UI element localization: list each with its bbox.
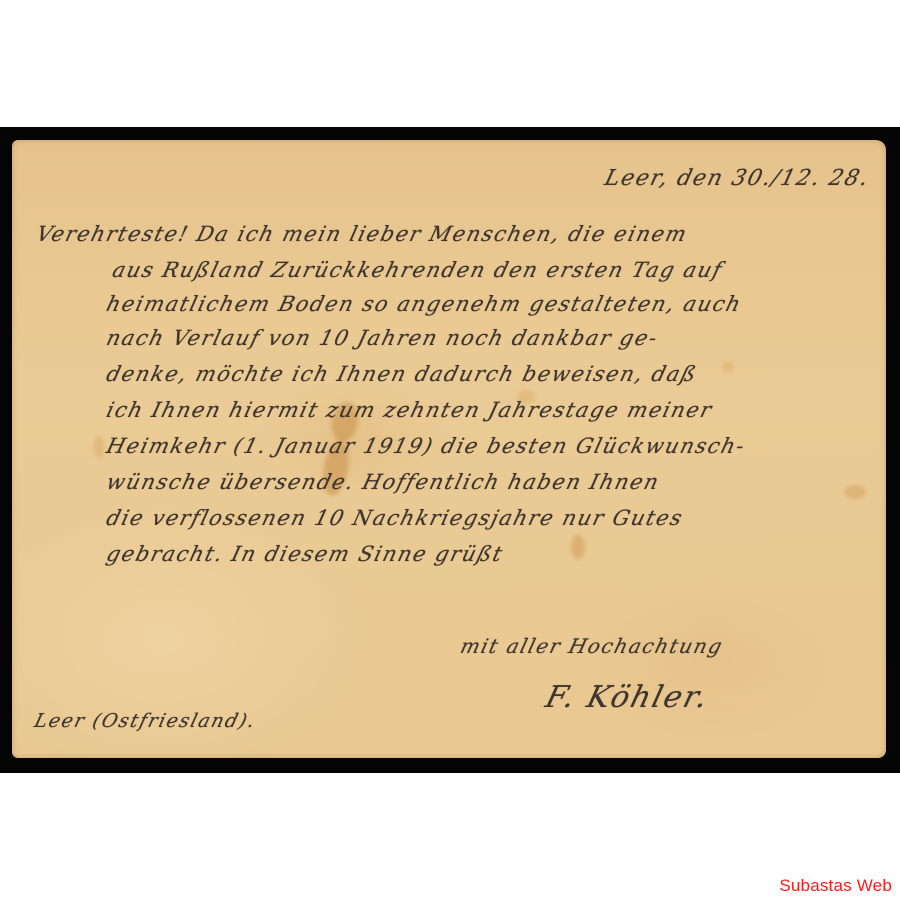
body-line: heimatlichem Boden so angenehm gestaltet… <box>104 292 745 316</box>
stain-mark <box>571 535 585 559</box>
stain-mark <box>94 436 104 458</box>
body-line: wünsche übersende. Hoffentlich haben Ihn… <box>104 470 662 494</box>
body-line: aus Rußland Zurückkehrenden den ersten T… <box>110 258 725 282</box>
postcard: Leer, den 30./12. 28. Verehrteste! Da ic… <box>12 140 886 758</box>
body-line: nach Verlauf von 10 Jahren noch dankbar … <box>104 326 661 350</box>
closing-line: mit aller Hochachtung <box>458 634 726 658</box>
stain-mark <box>722 362 734 372</box>
watermark-text: Subastas Web <box>779 876 892 896</box>
signature: F. Köhler. <box>542 680 713 715</box>
stain-mark <box>844 485 866 499</box>
body-line: Heimkehr (1. Januar 1919) die besten Glü… <box>104 434 748 458</box>
sender-place: Leer (Ostfriesland). <box>32 710 259 732</box>
body-line: ich Ihnen hiermit zum zehnten Jahrestage… <box>104 398 715 422</box>
body-line: gebracht. In diesem Sinne grüßt <box>104 542 506 566</box>
body-line: denke, möchte ich Ihnen dadurch beweisen… <box>104 362 700 386</box>
body-line: die verflossenen 10 Nachkriegsjahre nur … <box>104 506 686 530</box>
body-line: Verehrteste! Da ich mein lieber Menschen… <box>34 222 690 246</box>
date-line: Leer, den 30./12. 28. <box>602 166 872 191</box>
